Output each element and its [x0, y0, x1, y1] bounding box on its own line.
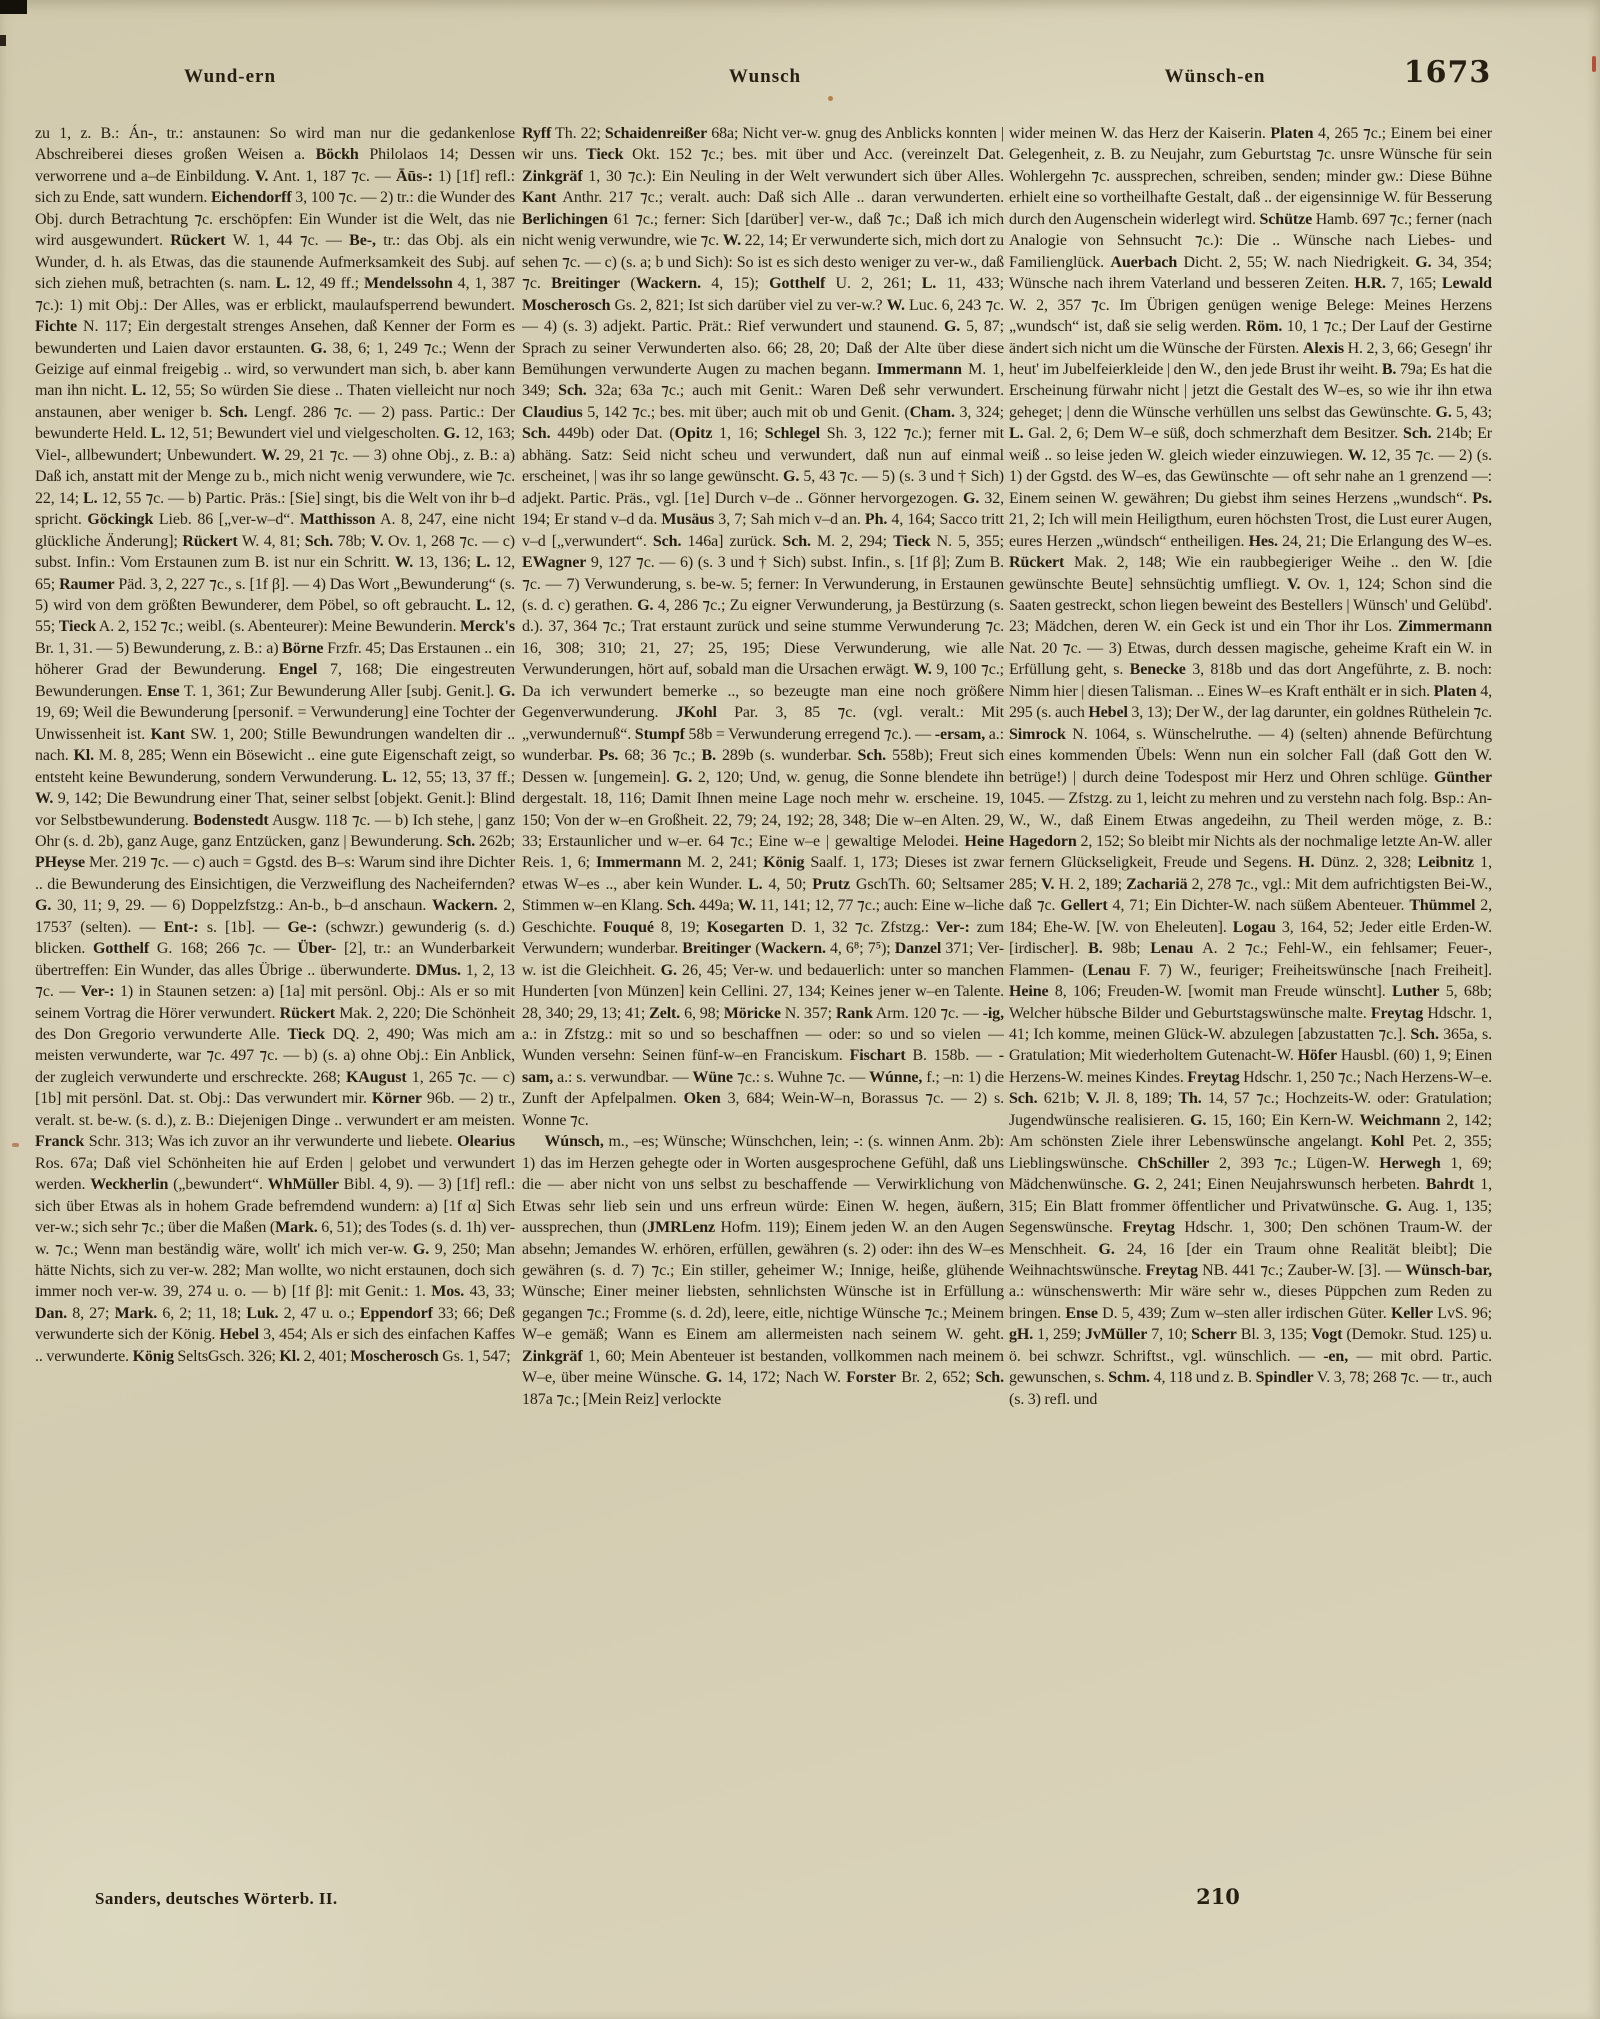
column-paragraph: Wúnsch, m., –es; Wünsche; Wünschchen, le… [522, 1131, 1004, 1410]
header-keyword-center: Wunsch [615, 66, 915, 88]
column-3: wider meinen W. das Herz der Kaiserin. P… [1009, 123, 1492, 1885]
dictionary-page: Wund-ern Wunsch Wünsch-en 1673 zu 1, z. … [0, 0, 1600, 2019]
column-2: Ryff Th. 22; Schaidenreißer 68a; Nicht v… [522, 123, 1004, 1885]
column-paragraph: Ryff Th. 22; Schaidenreißer 68a; Nicht v… [522, 123, 1004, 1131]
scan-artifact-edge [0, 35, 6, 46]
paper-speck [828, 96, 833, 101]
column-paragraph: zu 1, z. B.: Án-, tr.: anstaunen: So wir… [35, 123, 515, 1367]
sheet-number: 210 [1163, 1884, 1273, 1909]
column-paragraph: wider meinen W. das Herz der Kaiserin. P… [1009, 123, 1492, 1410]
text-columns: zu 1, z. B.: Án-, tr.: anstaunen: So wir… [0, 123, 1600, 1885]
column-1: zu 1, z. B.: Án-, tr.: anstaunen: So wir… [35, 123, 515, 1885]
volume-signature: Sanders, deutsches Wörterb. II. [95, 1889, 338, 1909]
header-keyword-right: Wünsch-en [1065, 66, 1365, 88]
header-keyword-left: Wund-ern [80, 66, 380, 88]
paper-speck [1592, 56, 1596, 72]
page-number: 1673 [1395, 55, 1500, 90]
scan-artifact-corner [0, 0, 27, 14]
